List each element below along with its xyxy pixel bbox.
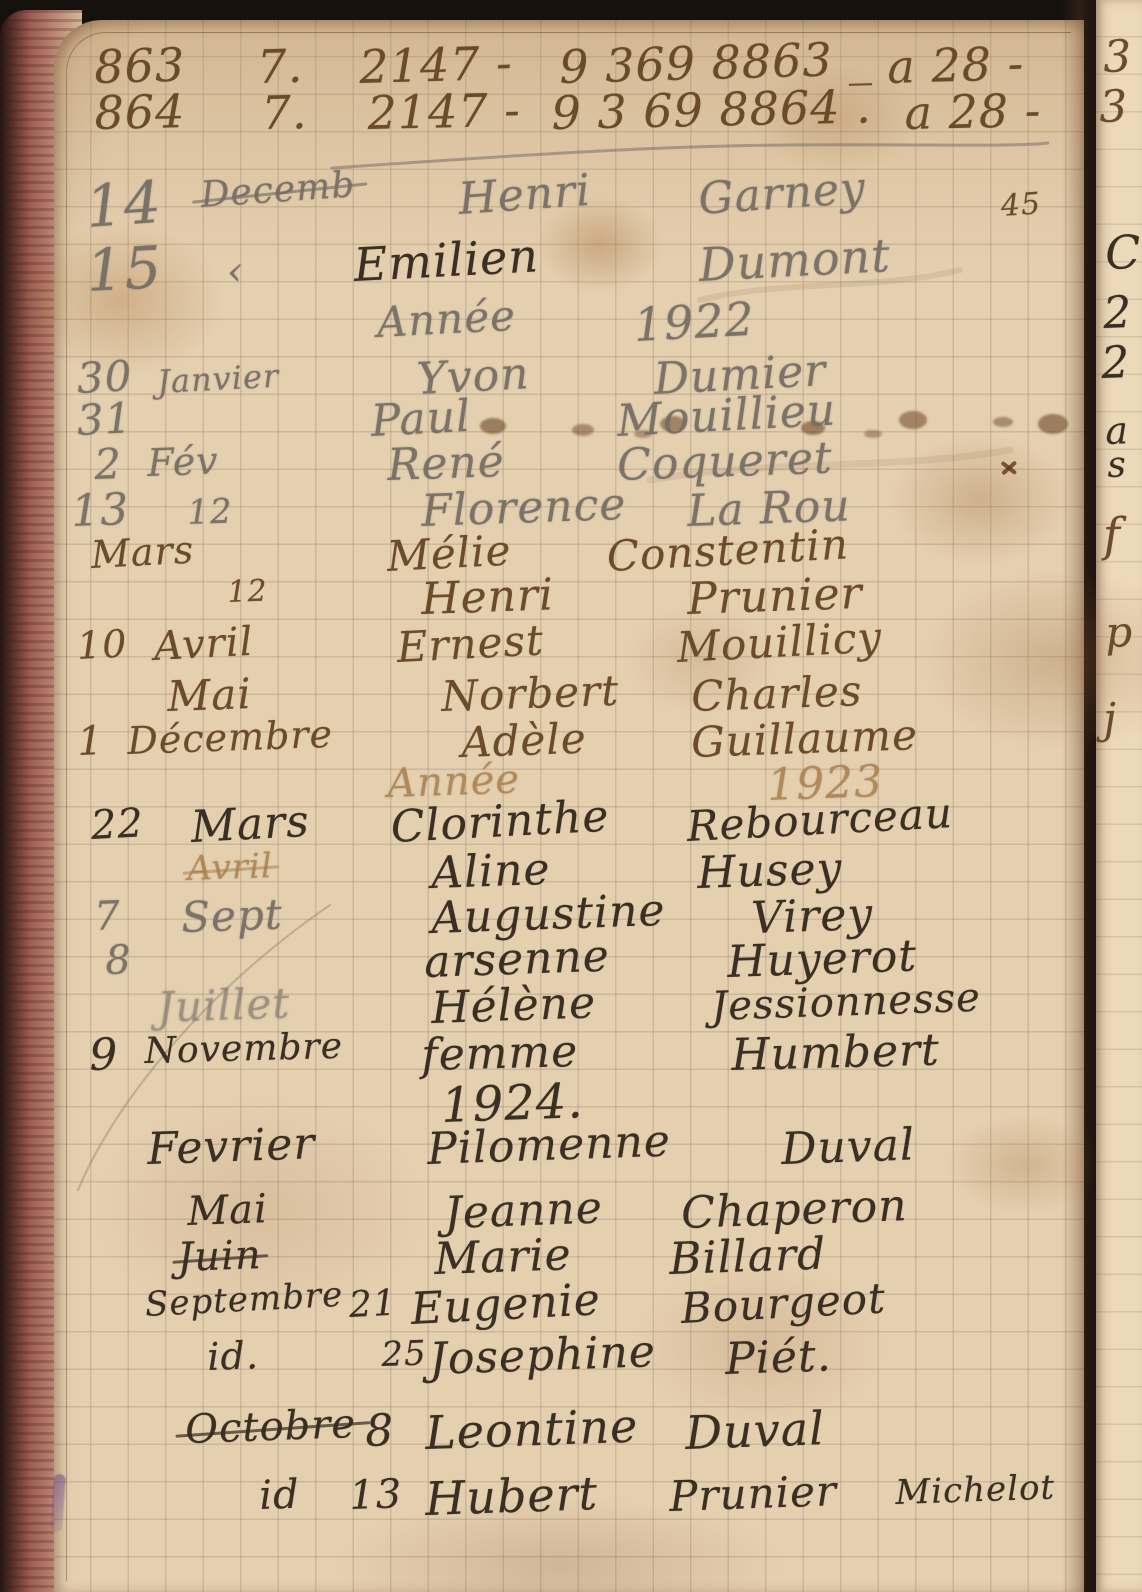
entry-part: Chaperon [680,1184,908,1236]
header-part: a 28 - [887,40,1025,90]
entry-part: Prunier [669,1470,838,1518]
entry-part: Jessionnesse [711,978,982,1027]
entry-part: Hubert [424,1470,598,1522]
entry-part: Humbert [731,1029,940,1078]
entry-part: Piét. [724,1334,832,1382]
entry-part: 25 [381,1336,427,1372]
entry-part: Henri [420,573,554,622]
entry-part: Pilomenne [426,1120,671,1172]
entry-part: Garney [697,166,867,222]
entry-part: 9 [89,1033,119,1078]
header-part: 2147 - [367,87,521,136]
entry-part: Billard [668,1233,826,1282]
entry-part: 7 [94,896,122,937]
scanned-notebook-page: 8637.2147 -9 369 8863 _a 28 -8647.2147 -… [0,0,1142,1592]
entry-part: 21 [348,1286,398,1324]
entry-part: Fevrier [146,1122,316,1172]
entry-part: 31 [76,397,134,442]
entry-part: Florence [420,483,627,534]
entry-part: Ernest [396,619,545,669]
entry-part: Fév [147,442,220,482]
entry-part: ‹ [226,251,245,292]
entry-part: 10 [76,624,128,665]
entry-part: Norbert [441,670,620,718]
facing-page-fragment: C [1104,229,1142,276]
header-part: 9 3 69 8864 . [551,83,872,136]
entry-part: Dumont [698,232,892,288]
entry-part: 12 [187,494,233,530]
header-part: 864 [94,88,186,136]
entry-part: 12 [227,577,268,608]
entry-part: Clorinthe [390,795,611,850]
entry-part: Charles [691,670,864,718]
facing-page-fragment: s [1107,447,1128,484]
facing-page-fragment: 2 [1100,341,1131,386]
header-part: 863 [94,41,186,90]
entry-part: 1 [77,721,105,762]
entry-part: Josephine [428,1330,656,1382]
entry-part: Avril [187,849,274,886]
entry-part: Octobre [185,1404,357,1450]
header-part: 7. [261,89,308,136]
entry-part: Décembre [127,715,334,760]
entry-part: Marie [433,1233,572,1282]
entry-part: Bourgeot [680,1277,887,1330]
entry-part: Michelot [895,1470,1056,1510]
entry-part: 14 [84,173,164,236]
entry-part: 22 [90,803,145,846]
entry-part: Juin [177,1235,263,1278]
facing-page-fragment: p [1105,611,1134,654]
binding-gutter-fold [1062,0,1102,1592]
entry-part: Septembre [144,1278,344,1322]
entry-part: Coqueret [616,437,833,488]
ink-blot-x-mark [1000,458,1018,476]
entry-part: Jeanne [443,1186,603,1236]
entry-part: Mai [187,1189,269,1232]
entry-part: Duval [684,1405,825,1456]
entry-part: Mouillicy [676,616,883,669]
entry-part: Novembre [144,1029,343,1070]
entry-part: Henri [457,169,593,222]
facing-page-fragment: f [1102,511,1122,558]
entry-part: Emilien [353,232,540,288]
entry-part: Leontine [424,1403,639,1456]
header-part: a 28 - [904,87,1042,136]
entry-part: 13 [349,1474,403,1516]
entry-part: Juillet [157,982,291,1029]
facing-page-fragment: 3 [1102,35,1133,80]
facing-page-fragment: j [1103,698,1118,740]
entry-part: 8 [364,1409,395,1454]
entry-part: Mai [167,673,253,718]
entry-part: Mars [190,800,311,850]
facing-page-fragment: 3 [1098,85,1129,130]
entry-part: Guillaume [691,714,919,764]
entry-part: Eugenie [410,1278,602,1332]
entry-part: 15 [85,238,164,300]
entry-part: id [259,1475,301,1516]
entry-part: femme [421,1030,579,1078]
entry-part: 8 [105,940,133,981]
entry-part: 2 [94,443,123,486]
entry-part: Janvier [156,360,280,398]
header-part: 7. [257,43,304,90]
facing-page-fragment: 2 [1102,291,1133,336]
entry-part: Mars [90,531,195,574]
entry-part: id. [207,1336,260,1376]
entry-part: 45 [1000,189,1042,222]
entry-part: Année [376,295,517,344]
entry-part: Sept [181,893,284,939]
entry-part: 1922 [633,296,756,348]
entry-part: Husey [696,847,843,896]
entry-part: Hélène [430,981,596,1031]
entry-part: Avril [153,622,255,667]
entry-part: Duval [780,1123,915,1172]
entry-part: 13 [70,488,130,534]
entry-part: René [386,440,505,488]
ink-smudge [480,418,506,434]
